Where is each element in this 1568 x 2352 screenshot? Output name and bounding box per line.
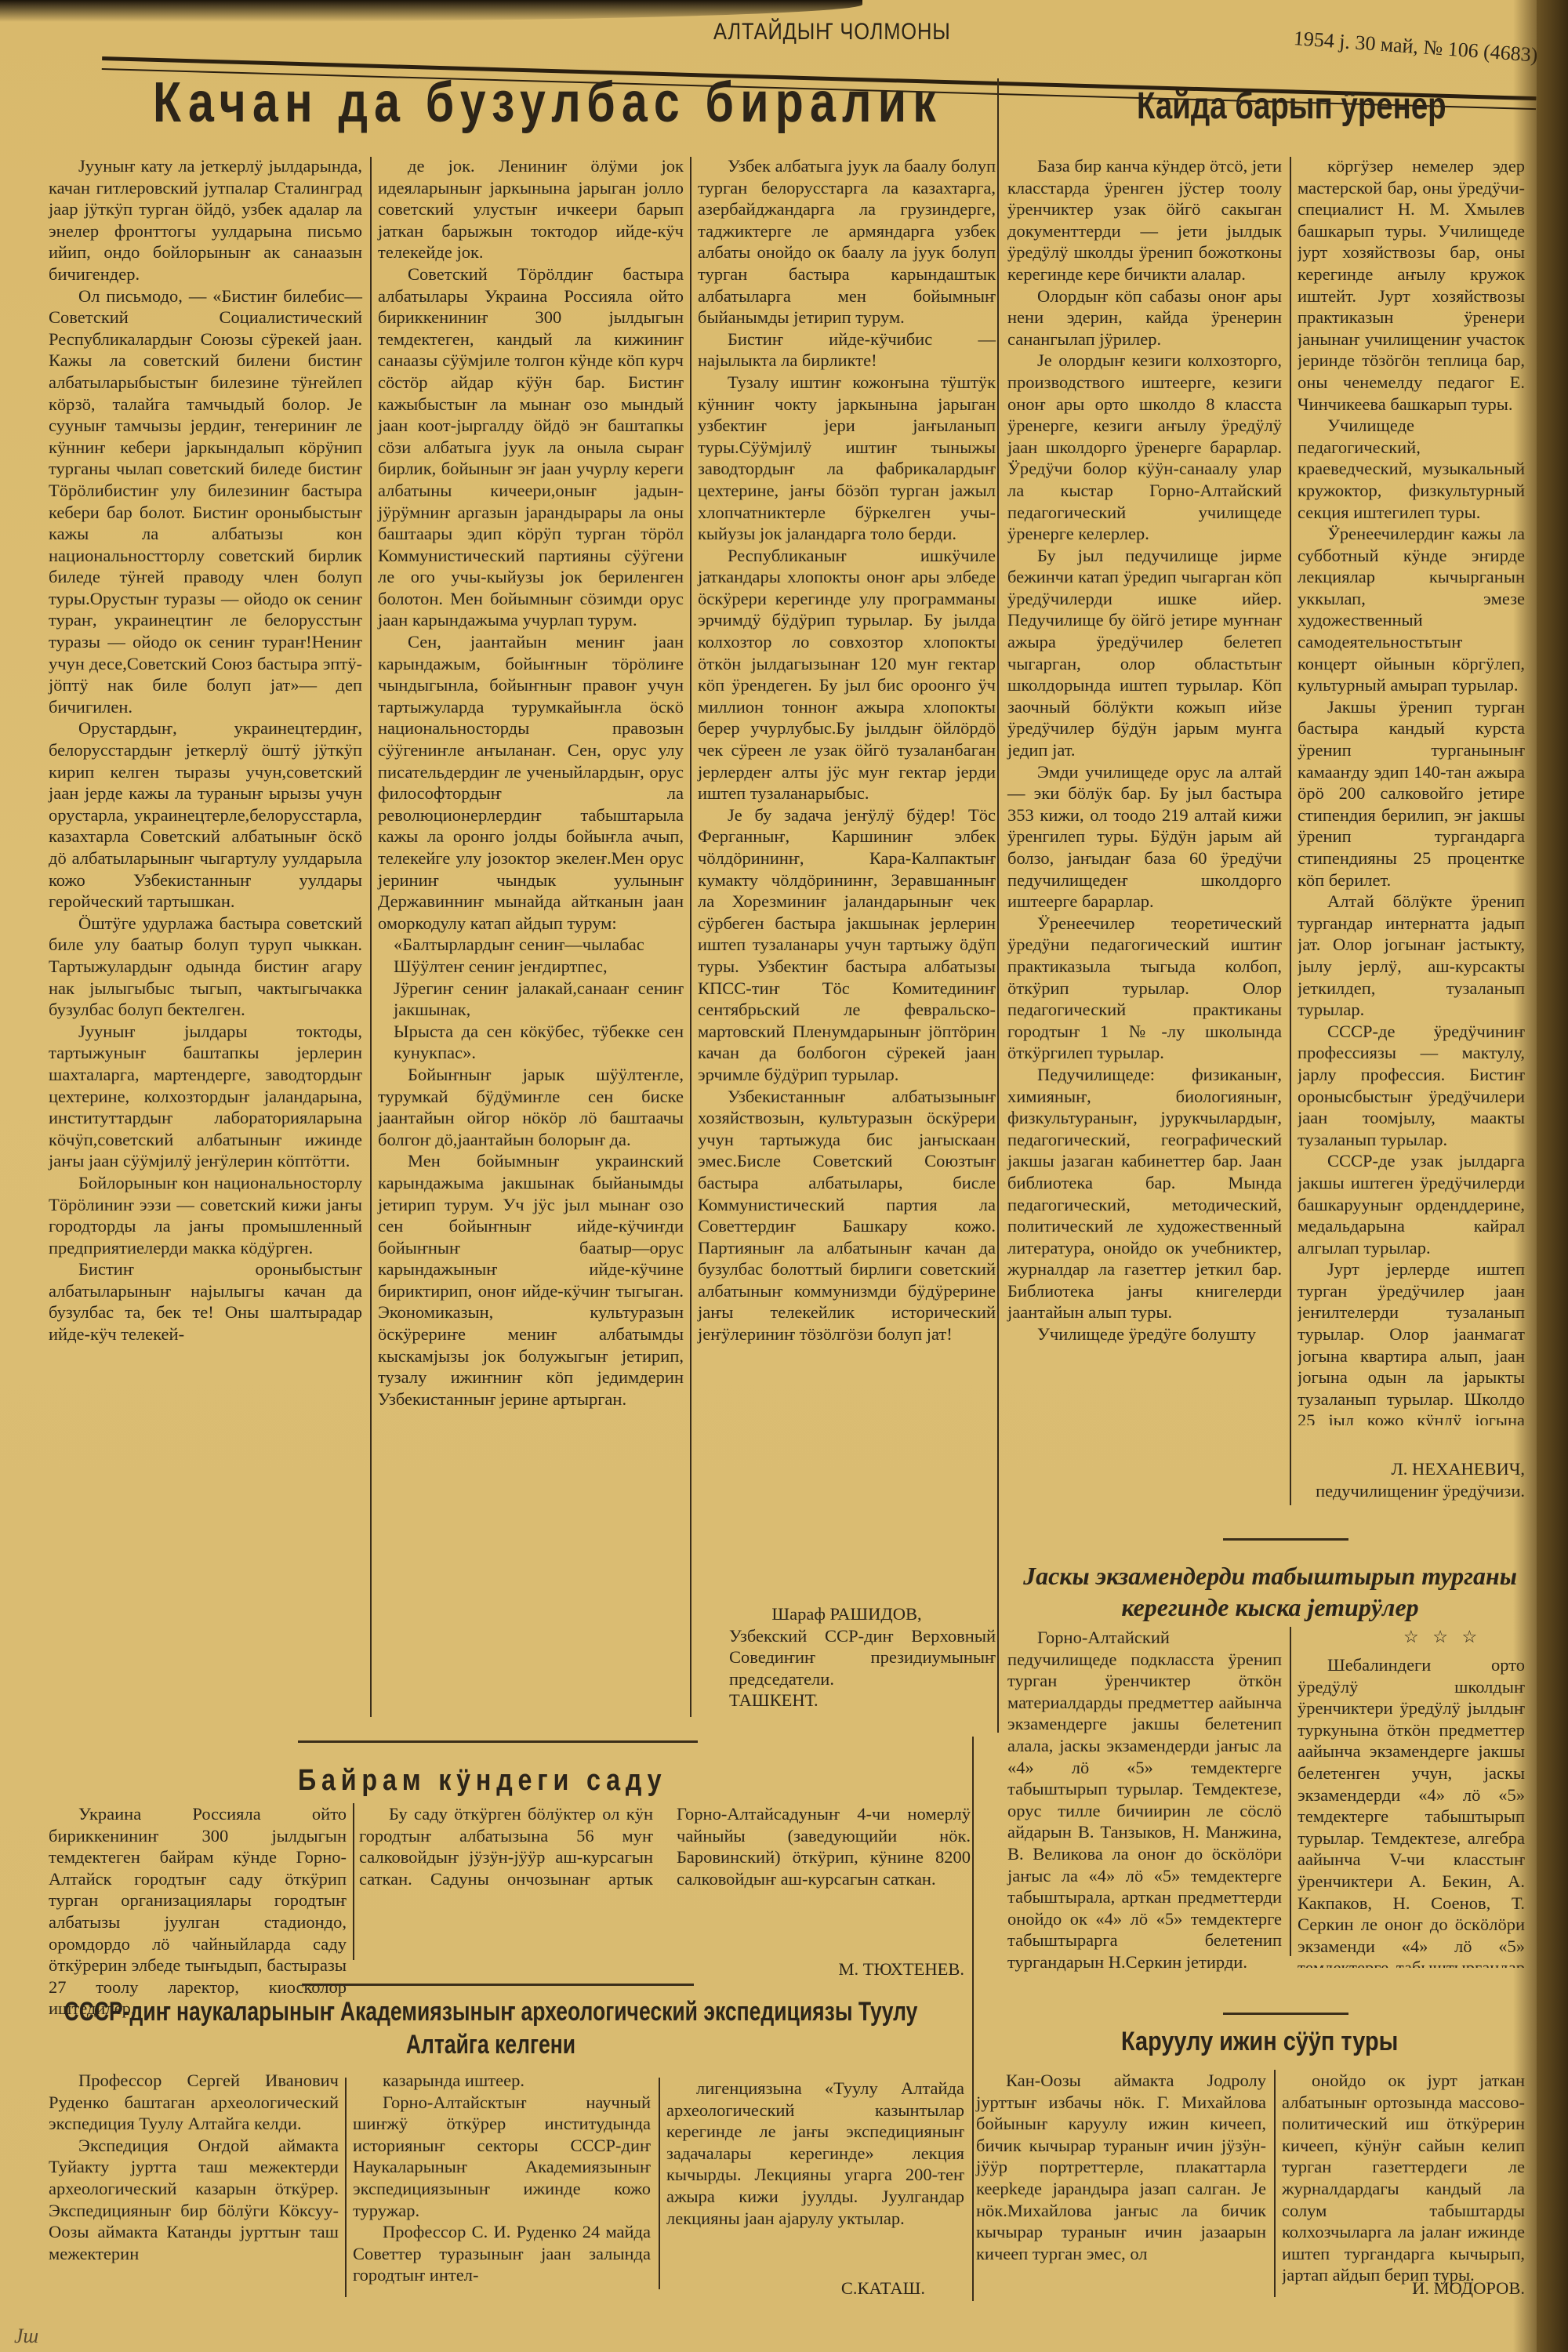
paragraph: Горно-Алтайсктыҥ научный шиҥжӱ ӧткӱрер и…	[353, 2092, 651, 2222]
paragraph: Јууныҥ кату ла јеткерлӱ јылдарында, кача…	[49, 155, 362, 285]
paragraph: СССР-де ӱредӱчиниҥ профессиязы — мактулу…	[1298, 1021, 1525, 1151]
paragraph: Бу јыл педучилище јирме бежинчи катап ӱр…	[1007, 545, 1282, 761]
paragraph: Шебалиндеги орто ӱредӱлӱ школдыҥ ӱренчик…	[1298, 1654, 1525, 1968]
signature-author: И. МОДОРОВ.	[1282, 2278, 1525, 2299]
archaeology-article-signature: С.КАТАШ.	[666, 2278, 925, 2299]
paragraph: Горно-Алтайский педучилищеде подкласста …	[1007, 1627, 1282, 1973]
signature-place: ТАШКЕНТ.	[698, 1690, 996, 1711]
section-rule	[1223, 2013, 1348, 2015]
exams-article-title: Јаскы экзамендерди табыштырып турганы ке…	[996, 1560, 1544, 1623]
school-article-col1: База бир канча кӱндер ӧтсӧ, јети класста…	[1007, 155, 1282, 1504]
paragraph: Је бу задача јеҥӱлӱ бӱдер! Тӧс Ферганныҥ…	[698, 804, 996, 1086]
paragraph: кӧргӱзер немелер эдер мастерской бар, он…	[1298, 155, 1525, 415]
paragraph: де јок. Лениниҥ ӧлӱми јок идеяларыныҥ ја…	[378, 155, 684, 263]
paragraph: Олордыҥ кӧп сабазы оноҥ ары нени эдерин,…	[1007, 285, 1282, 350]
separator-stars: ☆ ☆ ☆	[1403, 1627, 1482, 1647]
paragraph: Је олордыҥ кезиги колхозторго, производс…	[1007, 350, 1282, 544]
archaeology-article-col1: Профессор Сергей Иванович Руденко баштаг…	[49, 2070, 339, 2264]
exams-article-col1: Горно-Алтайский педучилищеде подкласста …	[1007, 1627, 1282, 1956]
paragraph: Орустардыҥ, украинецтердиҥ, белорусстард…	[49, 717, 362, 912]
paragraph: Бойлорыныҥ кон национальносторлу Тӧрӧлин…	[49, 1172, 362, 1258]
paragraph: Педучилищеде: физиканыҥ, химияныҥ, биоло…	[1007, 1064, 1282, 1323]
section-divider	[972, 1737, 974, 2301]
binding-spine	[1537, 0, 1568, 2352]
paragraph: Эмди училищеде орус ла алтай — эки бӧлӱк…	[1007, 761, 1282, 913]
paragraph: Профессор Сергей Иванович Руденко баштаг…	[49, 2070, 339, 2135]
paragraph: Узбек албатыга јуук ла баалу болуп турга…	[698, 155, 996, 328]
margin-note: Јш	[14, 2325, 38, 2348]
section-rule	[302, 1984, 694, 1986]
paragraph: Тузалу иштиҥ кожоҥына тӱштӱк кӱнниҥ чокт…	[698, 372, 996, 545]
paragraph: Ӱренеечилердиҥ кажы ла субботный кӱнде э…	[1298, 523, 1525, 696]
paragraph: онойдо ок јурт јаткан албатыныҥ ортозынд…	[1282, 2070, 1525, 2286]
column-divider	[1274, 2070, 1276, 2297]
signature-author: Шараф РАШИДОВ,	[698, 1603, 996, 1625]
paragraph: Јууныҥ јылдары токтоды, тартыжуныҥ башта…	[49, 1021, 362, 1172]
main-article-col3: Узбек албатыга јуук ла баалу болуп турга…	[698, 155, 996, 1488]
column-divider	[690, 157, 691, 1717]
school-article-col2: кӧргӱзер немелер эдер мастерской бар, он…	[1298, 155, 1525, 1425]
section-rule	[298, 1740, 698, 1743]
main-article-col1: Јууныҥ кату ла јеткерлӱ јылдарында, кача…	[49, 155, 362, 1723]
column-divider	[1290, 157, 1291, 1505]
column-divider	[345, 2078, 347, 2297]
issue-line: 1954 ј. 30 май, № 106 (4683)	[1293, 27, 1538, 67]
signature-position: педучилищениҥ ӱредӱчизи.	[1298, 1480, 1525, 1502]
paragraph: казарында иштеер.	[353, 2070, 651, 2092]
archaeology-article-title: СССР-диҥ наукаларыныҥ Академиязыныҥ архе…	[63, 1995, 919, 2061]
paragraph: Јурт јерлерде иштеп турган ӱредӱчилер ја…	[1298, 1258, 1525, 1425]
karuulu-article-signature: И. МОДОРОВ.	[1282, 2278, 1525, 2299]
column-divider	[659, 2078, 660, 2289]
paragraph: Бойыҥныҥ јарык шӱӱлтеҥле, турумкай бӱдӱм…	[378, 1064, 684, 1150]
signature-author: М. ТЮХТЕНЕВ.	[706, 1958, 964, 1980]
archaeology-article-col2: казарында иштеер.Горно-Алтайсктыҥ научны…	[353, 2070, 651, 2286]
section-divider	[997, 78, 999, 1733]
paragraph: Ол письмодо, — «Бистиҥ билебис—Советский…	[49, 285, 362, 718]
main-article-col2: де јок. Лениниҥ ӧлӱми јок идеяларыныҥ ја…	[378, 155, 684, 1723]
paragraph: СССР-де узак јылдарга јакшы иштеген ӱред…	[1298, 1150, 1525, 1258]
paragraph: Алтай бӧлӱкте ӱренип тургандар интернатт…	[1298, 891, 1525, 1021]
newspaper-page: АЛТАЙДЫҤ ЧОЛМОНЫ 1954 ј. 30 май, № 106 (…	[0, 0, 1537, 2352]
exams-article-col2: Шебалиндеги орто ӱредӱлӱ школдыҥ ӱренчик…	[1298, 1654, 1525, 1968]
karuulu-article-col2: онойдо ок јурт јаткан албатыныҥ ортозынд…	[1282, 2070, 1525, 2286]
karuulu-article-title: Каруулу ижин сӱӱп туры	[1121, 2027, 1398, 2057]
paragraph: Бу саду ӧткӱрген бӧлӱктер ол кӱн городты…	[359, 1803, 971, 1889]
paragraph: Узбекистанныҥ албатызыныҥ хозяйствозын, …	[698, 1086, 996, 1345]
column-divider	[1290, 1627, 1291, 1956]
garden-article-signature: М. ТЮХТЕНЕВ.	[706, 1958, 964, 1980]
main-article-signature: Шараф РАШИДОВ, Узбекский ССР-диҥ Верховн…	[698, 1603, 996, 1711]
signature-author: Л. НЕХАНЕВИЧ,	[1298, 1458, 1525, 1480]
paragraph: Кан-Оозы аймакта Јодролу јурттыҥ избачы …	[976, 2070, 1266, 2264]
paragraph: Профессор С. И. Руденко 24 майда Советте…	[353, 2221, 651, 2286]
paragraph: Ӧштӱге удурлажа бастыра советский биле у…	[49, 913, 362, 1021]
paragraph: лигенциязына «Туулу Алтайда археологичес…	[666, 2078, 964, 2229]
paragraph: Мен бойымныҥ украинский карындажыма јакш…	[378, 1150, 684, 1410]
paragraph: Республиканыҥ ишкӱчиле јаткандары хлопок…	[698, 545, 996, 804]
garden-article-col2: Бу саду ӧткӱрген бӧлӱктер ол кӱн городты…	[359, 1803, 971, 1960]
section-rule	[1223, 1538, 1348, 1541]
school-article-title: Кайда барып ӱренер	[1137, 85, 1446, 128]
archaeology-article-col3: лигенциязына «Туулу Алтайда археологичес…	[666, 2078, 964, 2229]
paragraph: Советский Тӧрӧлдиҥ бастыра албатылары Ук…	[378, 263, 684, 631]
paragraph: Јакшы ӱренип турган бастыра кандый курст…	[1298, 696, 1525, 891]
main-article-title: Качан да бузулбас биралик	[153, 71, 942, 135]
column-divider	[370, 157, 372, 1717]
signature-position: Узбекский ССР-диҥ Верховный Соведиҥиҥ пр…	[698, 1625, 996, 1690]
paragraph: База бир канча кӱндер ӧтсӧ, јети класста…	[1007, 155, 1282, 285]
paragraph: Училищеде педагогический, краеведческий,…	[1298, 415, 1525, 523]
signature-author: С.КАТАШ.	[666, 2278, 925, 2299]
paragraph: «Балтырлардыҥ сениҥ—чылабас Шӱӱлтеҥ сени…	[378, 934, 684, 1064]
paragraph: Ӱренеечилер теоретический ӱредӱни педаго…	[1007, 913, 1282, 1064]
column-divider	[353, 1803, 354, 1960]
school-article-signature: Л. НЕХАНЕВИЧ, педучилищениҥ ӱредӱчизи.	[1298, 1458, 1525, 1501]
paragraph: Украина Россияла ойто бириккениниҥ 300 ј…	[49, 1803, 347, 2020]
masthead: АЛТАЙДЫҤ ЧОЛМОНЫ 1954 ј. 30 май, № 106 (…	[0, 9, 1537, 56]
newspaper-name: АЛТАЙДЫҤ ЧОЛМОНЫ	[713, 19, 951, 45]
paragraph: Бистиҥ ийде-кӱчибис — најылыкта ла бирли…	[698, 328, 996, 372]
paragraph: Училищеде ӱредӱге болушту	[1007, 1323, 1282, 1345]
garden-article-col1: Украина Россияла ойто бириккениниҥ 300 ј…	[49, 1803, 347, 1960]
paragraph: Бистиҥ ороныбыстыҥ албатыларыныҥ најылыг…	[49, 1258, 362, 1345]
page-curl-shadow	[1513, 0, 1537, 2352]
garden-article-title: Байрам кӱндеги саду	[298, 1764, 666, 1798]
karuulu-article-col1: Кан-Оозы аймакта Јодролу јурттыҥ избачы …	[976, 2070, 1266, 2264]
paragraph: Экспедиция Оҥдой аймакта Туйакту јуртта …	[49, 2135, 339, 2265]
paragraph: Сен, јаантайын мениҥ јаан карындажым, бо…	[378, 631, 684, 934]
